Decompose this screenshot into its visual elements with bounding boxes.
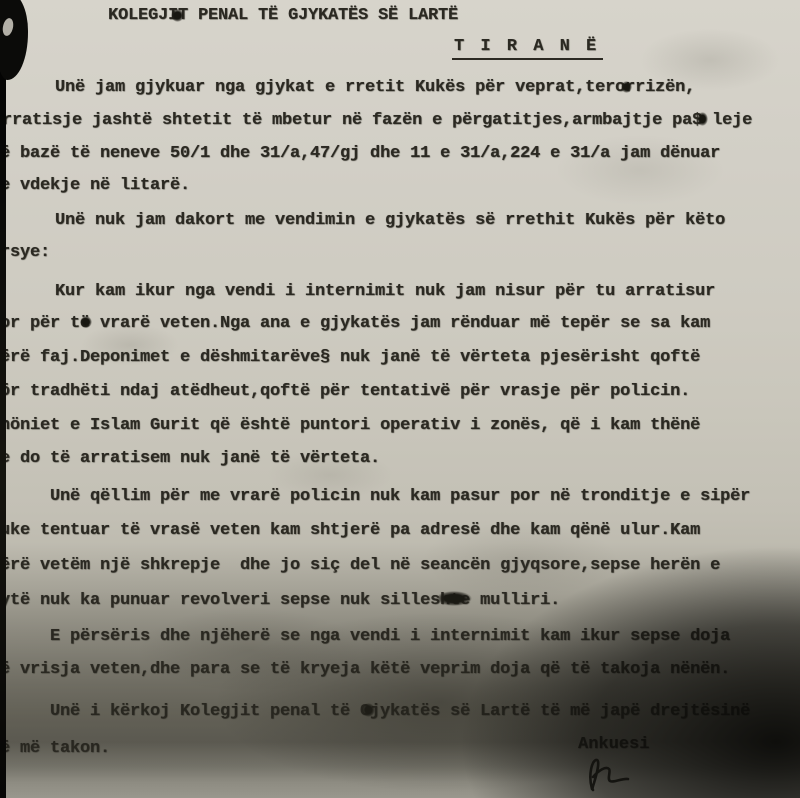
document-heading: KOLEGJIT PENAL TË GJYKATËS SË LARTË — [108, 6, 458, 25]
document-line: ë vrisja veten,dhe para se të kryeja kët… — [0, 660, 730, 679]
document-line: E përsëris dhe njëherë se nga vendi i in… — [50, 627, 730, 646]
document-line: Unë qëllim për me vrarë policin nuk kam … — [50, 487, 750, 506]
document-line: Kur kam ikur nga vendi i internimit nuk … — [55, 282, 715, 301]
document-line: uke tentuar të vrasë veten kam shtjerë p… — [0, 521, 700, 540]
document-subheading: T I R A N Ë — [452, 37, 603, 60]
binding-blob — [0, 0, 28, 80]
document-line: ör tradhëti ndaj atëdheut,qoftë për tent… — [0, 382, 690, 401]
document-line: ytë nuk ka punuar revolveri sepse nuk si… — [0, 591, 560, 610]
ink-blot — [80, 316, 92, 328]
document-line: ë më takon. — [0, 739, 110, 758]
document-line: ërë faj.Deponimet e dëshmitarëve§ nuk ja… — [0, 348, 700, 367]
document-line: rsye: — [0, 243, 50, 262]
document-line: Unë jam gjykuar nga gjykat e rretit Kukë… — [55, 78, 695, 97]
document-line: or për të vrarë veten.Nga ana e gjykatës… — [0, 314, 710, 333]
ink-blot — [436, 591, 472, 606]
ink-blot — [697, 112, 708, 126]
document-line: höniet e Islam Gurit që është puntori op… — [0, 416, 700, 435]
document-line: ë bazë të neneve 50/1 dhe 31/a,47/gj dhe… — [0, 144, 720, 163]
ink-blot — [171, 9, 184, 22]
document-line: Unë nuk jam dakort me vendimin e gjykatë… — [55, 211, 725, 230]
document-line: e do të arratisem nuk janë të vërteta. — [0, 449, 380, 468]
document-line: rratisje jashtë shtetit të mbetur në faz… — [2, 111, 752, 130]
scanned-document-page: KOLEGJIT PENAL TË GJYKATËS SË LARTË T I … — [0, 0, 800, 798]
ink-blot — [621, 81, 632, 93]
signature — [582, 753, 652, 797]
scan-edge — [0, 0, 6, 798]
binding-blob-hole — [1, 17, 15, 37]
ink-blot — [362, 703, 375, 717]
document-line: e vdekje në litarë. — [0, 176, 190, 195]
signature-label: Ankuesi — [578, 735, 649, 754]
document-line: Unë i kërkoj Kolegjit penal të Gjykatës … — [50, 702, 750, 721]
document-line: ërë vetëm një shkrepje dhe jo siç del në… — [0, 556, 720, 575]
